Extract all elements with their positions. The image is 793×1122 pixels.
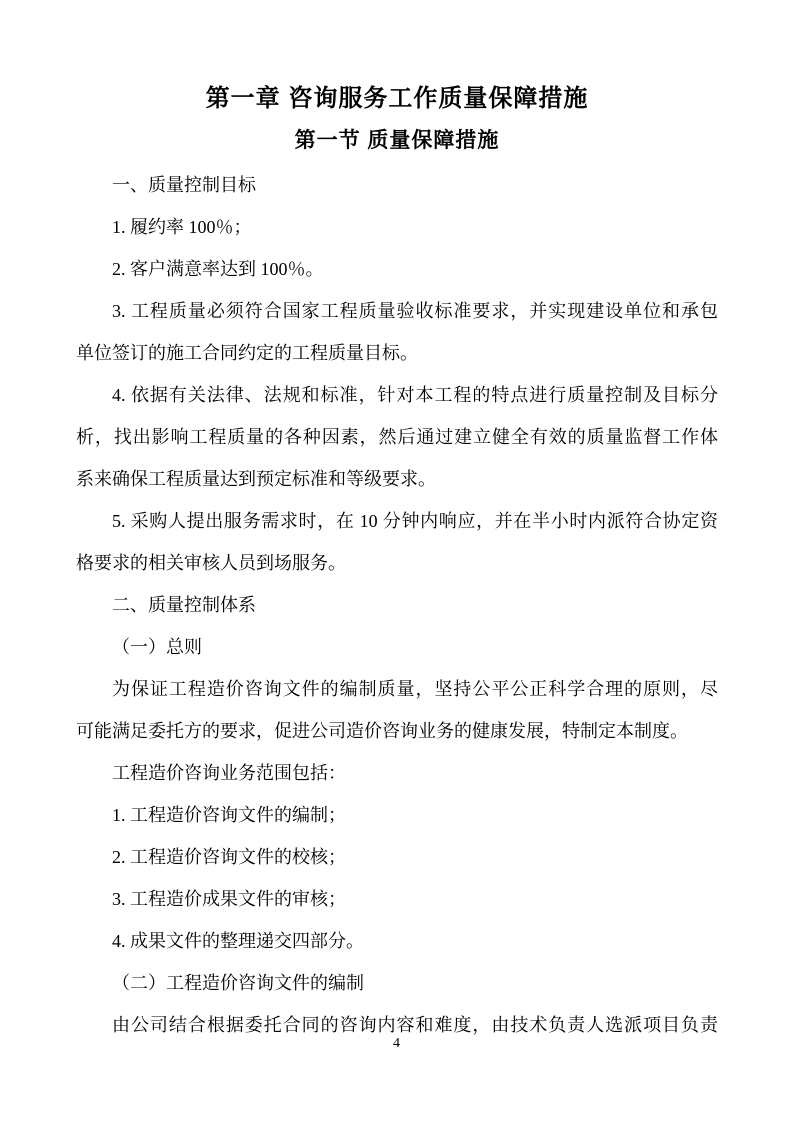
text-line: 一、质量控制目标 [76, 164, 718, 206]
page-number: 4 [0, 1034, 793, 1054]
text-line: 析，找出影响工程质量的各种因素，然后通过建立健全有效的质量监督工作体 [76, 416, 718, 458]
text-line: 5. 采购人提出服务需求时，在 10 分钟内响应，并在半小时内派符合协定资 [76, 500, 718, 542]
text-line: 可能满足委托方的要求，促进公司造价咨询业务的健康发展，特制定本制度。 [76, 710, 718, 752]
text-line: 为保证工程造价咨询文件的编制质量，坚持公平公正科学合理的原则，尽 [76, 668, 718, 710]
text-line: 系来确保工程质量达到预定标准和等级要求。 [76, 458, 718, 500]
chapter-title: 第一章 咨询服务工作质量保障措施 [76, 84, 718, 114]
text-line: 1. 履约率 100％； [76, 206, 718, 248]
text-line: 2. 客户满意率达到 100％。 [76, 248, 718, 290]
text-line: 2. 工程造价咨询文件的校核； [76, 836, 718, 878]
text-line: 二、质量控制体系 [76, 584, 718, 626]
text-line: 4. 成果文件的整理递交四部分。 [76, 920, 718, 962]
document-body: 一、质量控制目标 1. 履约率 100％； 2. 客户满意率达到 100％。 3… [76, 164, 718, 1046]
text-line: 格要求的相关审核人员到场服务。 [76, 542, 718, 584]
text-line: 3. 工程质量必须符合国家工程质量验收标准要求，并实现建设单位和承包 [76, 290, 718, 332]
document-page: 第一章 咨询服务工作质量保障措施 第一节 质量保障措施 一、质量控制目标 1. … [0, 0, 793, 1122]
section-title: 第一节 质量保障措施 [76, 126, 718, 156]
text-line: （一）总则 [76, 626, 718, 668]
text-line: 工程造价咨询业务范围包括： [76, 752, 718, 794]
text-line: 单位签订的施工合同约定的工程质量目标。 [76, 332, 718, 374]
text-line: 3. 工程造价成果文件的审核； [76, 878, 718, 920]
text-line: （二）工程造价咨询文件的编制 [76, 962, 718, 1004]
text-line: 4. 依据有关法律、法规和标准，针对本工程的特点进行质量控制及目标分 [76, 374, 718, 416]
text-line: 1. 工程造价咨询文件的编制； [76, 794, 718, 836]
